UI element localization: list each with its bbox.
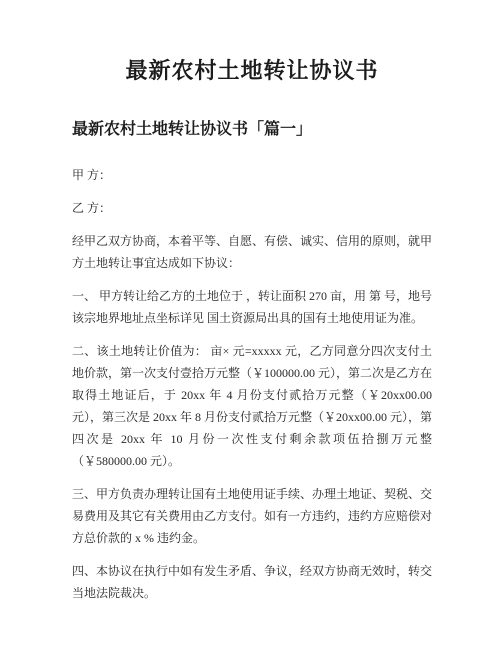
party-a-line: 甲 方： <box>72 164 432 186</box>
clause-1-paragraph: 一、 甲方转让给乙方的土地位于 ，转让面积 270 亩，用 第 号，地号 该宗地… <box>72 285 432 329</box>
preamble-paragraph: 经甲乙双方协商，本着平等、自愿、有偿、诚实、信用的原则，就甲方土地转让事宜达成如… <box>72 230 432 274</box>
clause-4-paragraph: 四、本协议在执行中如有发生矛盾、争议，经双方协商无效时，转交当地法院裁决。 <box>72 560 432 604</box>
clause-3-paragraph: 三、甲方负责办理转让国有土地使用证手续、办理土地证、契税、交易费用及其它有关费用… <box>72 483 432 549</box>
document-page: 最新农村土地转让协议书 最新农村土地转让协议书「篇一」 甲 方： 乙 方： 经甲… <box>0 0 500 647</box>
document-subtitle: 最新农村土地转让协议书「篇一」 <box>72 119 432 141</box>
clause-2-paragraph: 二、该土地转让价值为： 亩× 元=xxxxx 元，乙方同意分四次支付土地价款，第… <box>72 340 432 472</box>
party-b-line: 乙 方： <box>72 197 432 219</box>
document-title: 最新农村土地转让协议书 <box>72 57 432 85</box>
